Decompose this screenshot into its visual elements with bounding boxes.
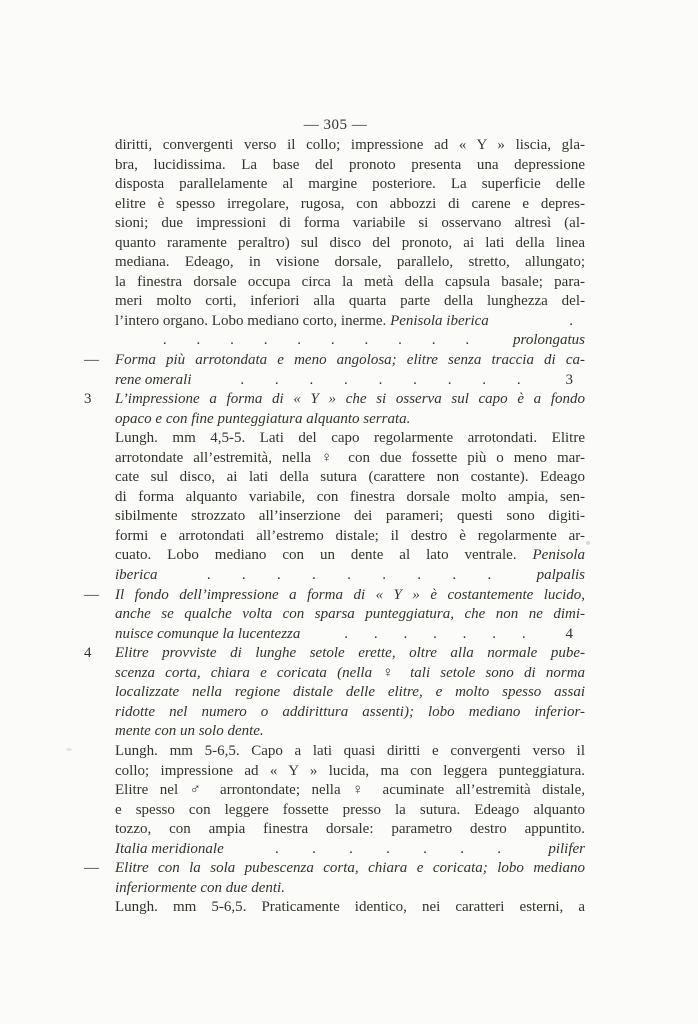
text-line: ..........prolongatus bbox=[115, 331, 585, 351]
leader-dot: . bbox=[465, 331, 469, 351]
text-line: Elitre nel ♂ arrontondate; nella ♀ acumi… bbox=[115, 781, 585, 801]
text-line: inferiormente con due denti. bbox=[115, 879, 585, 899]
leader-dot: . bbox=[365, 331, 369, 351]
text-line: arrotondate all’estremità, nella ♀ con d… bbox=[115, 449, 585, 469]
leader-dot: . bbox=[374, 625, 378, 645]
text-line: la finestra dorsale occupa circa la metà… bbox=[115, 273, 585, 293]
text-segment: Elitre con la sola pubescenza corta, chi… bbox=[115, 860, 585, 876]
leader-dot: . bbox=[344, 625, 348, 645]
leader-dot: . bbox=[163, 331, 167, 351]
text-segment: di forma alquanto variabile, con finestr… bbox=[115, 489, 585, 505]
text-segment: l’intero organo. Lobo mediano corto, ine… bbox=[115, 312, 390, 332]
leader-dot: . bbox=[417, 566, 421, 586]
text-line: Lungh. mm 5-6,5. Capo a lati quasi dirit… bbox=[115, 742, 585, 762]
leader-dot: . bbox=[277, 566, 281, 586]
leader-dot: . bbox=[398, 331, 402, 351]
text-segment: Lungh. mm 5-6,5. Praticamente identico, … bbox=[115, 899, 585, 915]
leader-dot: . bbox=[196, 331, 200, 351]
text-segment: Forma più arrotondata e meno angolosa; e… bbox=[115, 352, 585, 368]
couplet-marker: — bbox=[84, 859, 110, 879]
leader-dot: . bbox=[517, 371, 521, 391]
leader-dot: . bbox=[379, 371, 383, 391]
leader-dot: . bbox=[413, 371, 417, 391]
text-line: cate sul disco, ai lati della sutura (ca… bbox=[115, 468, 585, 488]
text-line: mente con un solo dente. bbox=[115, 722, 585, 742]
text-line: formi e arrotondati all’estremo distale;… bbox=[115, 527, 585, 547]
leader-dot: . bbox=[349, 840, 353, 860]
text-line: elitre è spesso irregolare, rugosa, con … bbox=[115, 195, 585, 215]
leader-dot: . bbox=[482, 371, 486, 391]
text-line: cuato. Lobo mediano con un dente al lato… bbox=[115, 546, 585, 566]
text-line: 3L’impressione a forma di « Y » che si o… bbox=[115, 390, 585, 410]
text-segment: Il fondo dell’impressione a forma di « Y… bbox=[115, 587, 585, 603]
text-segment: elitre è spesso irregolare, rugosa, con … bbox=[115, 196, 585, 212]
text-segment: sioni; due impressioni di forma variabil… bbox=[115, 215, 585, 231]
dot-leader: ....... bbox=[300, 625, 565, 645]
text-segment: meri molto corti, inferiori alla quarta … bbox=[115, 293, 585, 309]
scan-speck bbox=[586, 541, 590, 545]
text-segment: localizzate nella regione distale delle … bbox=[115, 684, 585, 700]
couplet-right-label: pilifer bbox=[548, 840, 585, 860]
dot-leader: ....... bbox=[224, 840, 549, 860]
text-line: —Il fondo dell’impressione a forma di « … bbox=[115, 586, 585, 606]
text-segment: scenza corta, chiara e coricata (nella ♀… bbox=[115, 665, 585, 681]
leader-dot: . bbox=[433, 625, 437, 645]
text-line: iberica.........palpalis bbox=[115, 566, 585, 586]
leader-dot: . bbox=[497, 840, 501, 860]
text-segment: mediana. Edeago, in visione dorsale, par… bbox=[115, 254, 585, 270]
text-segment: cate sul disco, ai lati della sutura (ca… bbox=[115, 469, 585, 485]
text-line: disposta parallelamente al margine poste… bbox=[115, 175, 585, 195]
text-block: diritti, convergenti verso il collo; imp… bbox=[115, 136, 585, 918]
text-segment: inferiormente con due denti. bbox=[115, 880, 285, 896]
leader-dot: . bbox=[275, 371, 279, 391]
text-line: sioni; due impressioni di forma variabil… bbox=[115, 214, 585, 234]
leader-dot: . bbox=[242, 566, 246, 586]
dot-leader: .......... bbox=[115, 331, 513, 351]
text-line: anche se qualche volta con sparsa punteg… bbox=[115, 605, 585, 625]
text-line: meri molto corti, inferiori alla quarta … bbox=[115, 292, 585, 312]
text-segment: Penisola iberica bbox=[390, 312, 489, 332]
text-line: localizzate nella regione distale delle … bbox=[115, 683, 585, 703]
leader-dot: . bbox=[463, 625, 467, 645]
text-segment: e spesso con leggere fossette presso la … bbox=[115, 802, 585, 818]
text-line: bra, lucidissima. La base del pronoto pr… bbox=[115, 156, 585, 176]
couplet-marker: — bbox=[84, 351, 110, 371]
scan-speck bbox=[66, 748, 72, 751]
text-line: tozzo, con ampia finestra dorsale: param… bbox=[115, 820, 585, 840]
page-number-text: — 305 — bbox=[304, 117, 368, 133]
leader-dot: . bbox=[347, 566, 351, 586]
text-line: —Elitre con la sola pubescenza corta, ch… bbox=[115, 859, 585, 879]
text-segment: bra, lucidissima. La base del pronoto pr… bbox=[115, 157, 585, 173]
text-line: collo; impressione ad « Y » lucida, ma c… bbox=[115, 762, 585, 782]
couplet-right-label: 4 bbox=[566, 625, 574, 645]
leader-dot: . bbox=[432, 331, 436, 351]
leader-dot: . bbox=[207, 566, 211, 586]
text-segment: formi e arrotondati all’estremo distale;… bbox=[115, 528, 585, 544]
leader-dot: . bbox=[386, 840, 390, 860]
text-line: rene omerali.........3 bbox=[115, 371, 585, 391]
text-segment: Lungh. mm 5-6,5. Capo a lati quasi dirit… bbox=[115, 743, 585, 759]
text-segment: rene omerali bbox=[115, 371, 192, 391]
text-line: nuisce comunque la lucentezza.......4 bbox=[115, 625, 585, 645]
leader-dot: . bbox=[344, 371, 348, 391]
leader-dot: . bbox=[448, 371, 452, 391]
leader-dot: . bbox=[403, 625, 407, 645]
leader-dot: . bbox=[312, 566, 316, 586]
leader-dot: . bbox=[264, 331, 268, 351]
couplet-right-label: palpalis bbox=[537, 566, 585, 586]
leader-dot: . bbox=[492, 625, 496, 645]
leader-dot: . bbox=[460, 840, 464, 860]
text-segment: Penisola bbox=[533, 547, 586, 563]
text-line: ridotte nel numero o addirittura assenti… bbox=[115, 703, 585, 723]
text-segment: opaco e con fine punteggiatura alquanto … bbox=[115, 411, 410, 427]
text-segment: nuisce comunque la lucentezza bbox=[115, 625, 300, 645]
text-segment: Elitre nel ♂ arrontondate; nella ♀ acumi… bbox=[115, 782, 585, 798]
text-line: e spesso con leggere fossette presso la … bbox=[115, 801, 585, 821]
text-line: quanto raramente peraltro) sul disco del… bbox=[115, 234, 585, 254]
text-line: —Forma più arrotondata e meno angolosa; … bbox=[115, 351, 585, 371]
dot-leader: ......... bbox=[158, 566, 537, 586]
text-segment: collo; impressione ad « Y » lucida, ma c… bbox=[115, 763, 585, 779]
text-line: mediana. Edeago, in visione dorsale, par… bbox=[115, 253, 585, 273]
text-line: sibilmente strozzato all’inserzione dei … bbox=[115, 507, 585, 527]
leader-dot: . bbox=[331, 331, 335, 351]
couplet-right-label: 3 bbox=[566, 371, 574, 391]
text-segment: sibilmente strozzato all’inserzione dei … bbox=[115, 508, 585, 524]
text-segment: mente con un solo dente. bbox=[115, 723, 264, 739]
text-segment: Italia meridionale bbox=[115, 840, 224, 860]
leader-dot: . bbox=[423, 840, 427, 860]
text-segment: arrotondate all’estremità, nella ♀ con d… bbox=[115, 450, 585, 466]
leader-dot: . bbox=[230, 331, 234, 351]
text-segment: disposta parallelamente al margine poste… bbox=[115, 176, 585, 192]
leader-dot: . bbox=[240, 371, 244, 391]
text-segment: diritti, convergenti verso il collo; imp… bbox=[115, 137, 585, 153]
leader-dot: . bbox=[382, 566, 386, 586]
couplet-marker: 3 bbox=[84, 390, 110, 410]
text-segment: quanto raramente peraltro) sul disco del… bbox=[115, 235, 585, 251]
text-segment: anche se qualche volta con sparsa punteg… bbox=[115, 606, 585, 622]
text-line: Lungh. mm 4,5-5. Lati del capo regolarme… bbox=[115, 429, 585, 449]
text-line: di forma alquanto variabile, con finestr… bbox=[115, 488, 585, 508]
leader-dot: . bbox=[309, 371, 313, 391]
text-segment: la finestra dorsale occupa circa la metà… bbox=[115, 274, 585, 290]
text-segment: cuato. Lobo mediano con un dente al lato… bbox=[115, 547, 533, 563]
text-segment: Elitre provviste di lunghe setole erette… bbox=[115, 645, 585, 661]
text-line: 4Elitre provviste di lunghe setole erett… bbox=[115, 644, 585, 664]
leader-dot: . bbox=[297, 331, 301, 351]
text-line: Italia meridionale.......pilifer bbox=[115, 840, 585, 860]
text-line: l’intero organo. Lobo mediano corto, ine… bbox=[115, 312, 585, 332]
couplet-marker: — bbox=[84, 586, 110, 606]
leader-dot: . bbox=[452, 566, 456, 586]
text-segment: Lungh. mm 4,5-5. Lati del capo regolarme… bbox=[115, 430, 585, 446]
couplet-marker: 4 bbox=[84, 644, 110, 664]
leader-dot: . bbox=[522, 625, 526, 645]
text-line: diritti, convergenti verso il collo; imp… bbox=[115, 136, 585, 156]
text-line: scenza corta, chiara e coricata (nella ♀… bbox=[115, 664, 585, 684]
text-segment: iberica bbox=[115, 566, 158, 586]
text-segment: L’impressione a forma di « Y » che si os… bbox=[115, 391, 585, 407]
leader-dot: . bbox=[275, 840, 279, 860]
text-segment: ridotte nel numero o addirittura assenti… bbox=[115, 704, 585, 720]
leader-dot: . bbox=[487, 566, 491, 586]
text-line: Lungh. mm 5-6,5. Praticamente identico, … bbox=[115, 898, 585, 918]
text-segment: tozzo, con ampia finestra dorsale: param… bbox=[115, 821, 585, 837]
leader-dot: . bbox=[312, 840, 316, 860]
dot-leader: ......... bbox=[192, 371, 566, 391]
couplet-right-label: . bbox=[569, 312, 573, 332]
text-line: opaco e con fine punteggiatura alquanto … bbox=[115, 410, 585, 430]
couplet-right-label: prolongatus bbox=[513, 331, 585, 351]
